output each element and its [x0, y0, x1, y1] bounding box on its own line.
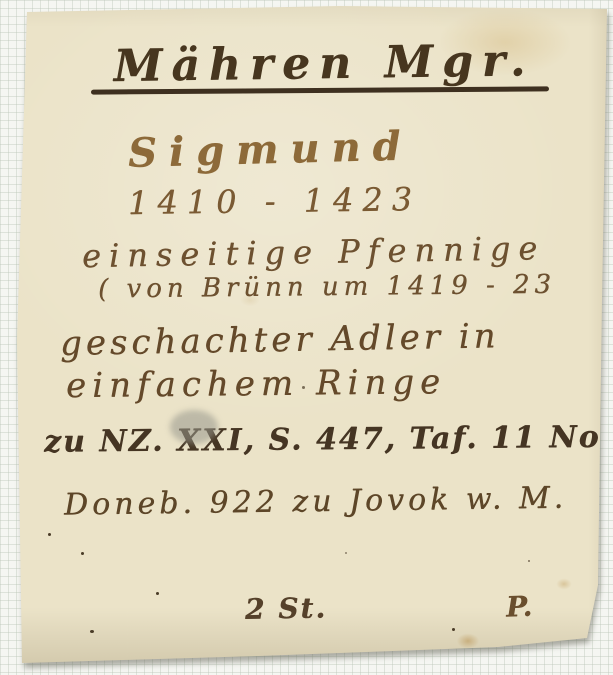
reference-line-2: Doneb. 922 zu Jovok w. M. — [64, 480, 568, 522]
date-range: 1410 - 1423 — [128, 180, 422, 222]
mint-note-line: ( von Brünn um 1419 - 23 — [98, 270, 556, 305]
ink-speck — [48, 533, 51, 536]
ink-speck — [345, 552, 347, 554]
reference-line-1: zu NZ. XXI, S. 447, Taf. 11 No 9 — [44, 419, 613, 459]
ruler-name: Sigmund — [127, 122, 413, 176]
ink-speck — [302, 386, 305, 389]
photo-of-collection-card: { "card": { "title": "Mähren Mgr.", "rul… — [0, 0, 613, 675]
ink-speck — [452, 628, 455, 631]
collection-card: Mähren Mgr. Sigmund 1410 - 1423 einseiti… — [0, 0, 613, 675]
card-title: Mähren Mgr. — [96, 35, 553, 92]
ink-speck — [156, 592, 159, 595]
ink-speck — [90, 630, 94, 633]
coin-type-line: einseitige Pfennige — [82, 229, 546, 275]
ink-speck — [81, 552, 84, 555]
ink-smudge — [170, 410, 218, 444]
description-line-2: einfachem Ringe — [66, 362, 447, 406]
card-wrapper: Mähren Mgr. Sigmund 1410 - 1423 einseiti… — [0, 0, 613, 675]
ink-speck — [528, 560, 530, 562]
description-line-1: geschachter Adler in — [60, 316, 500, 364]
collector-mark: P. — [505, 590, 532, 624]
quantity-note: 2 St. — [245, 591, 328, 625]
